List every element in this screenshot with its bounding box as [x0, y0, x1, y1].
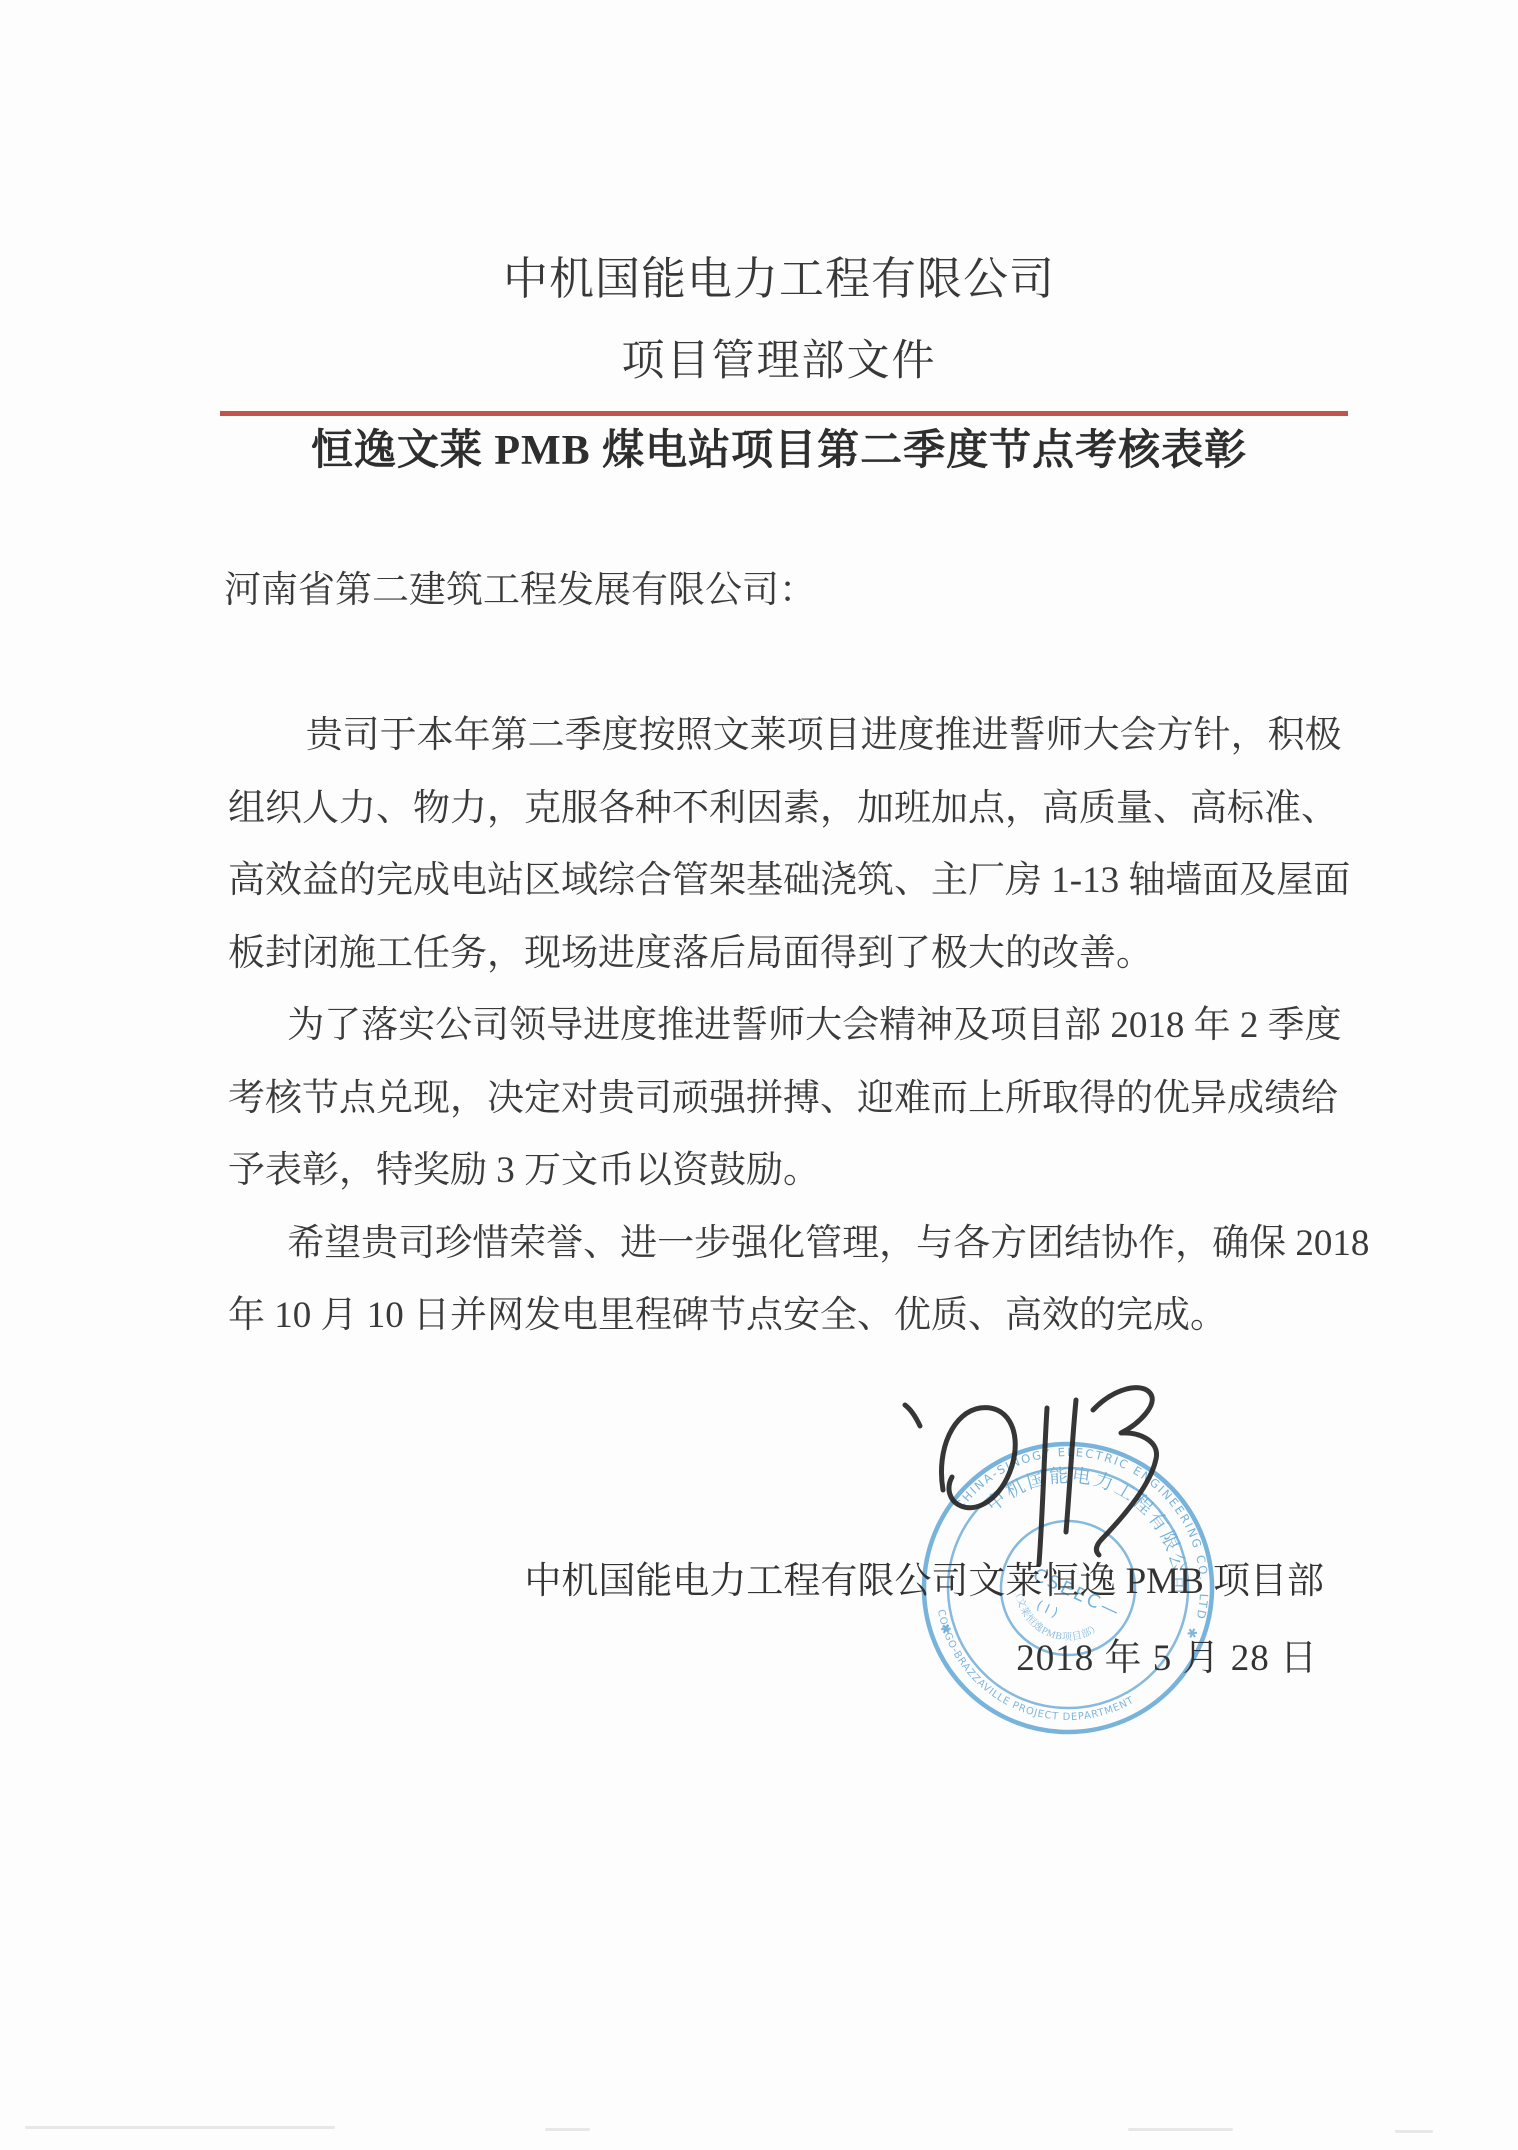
body-line: 高效益的完成电站区域综合管架基础浇筑、主厂房 1-13 轴墙面及屋面: [228, 845, 1322, 918]
handwritten-signature: [850, 1380, 1210, 1580]
red-divider-rule: [220, 411, 1348, 416]
body-line: 年 10 月 10 日并网发电里程碑节点安全、优质、高效的完成。: [228, 1280, 1322, 1353]
signature-stroke: [1066, 1400, 1076, 1532]
scan-artifact: [545, 2128, 590, 2131]
document-subtitle: 项目管理部文件: [20, 338, 1518, 386]
signature-stroke: [905, 1405, 920, 1426]
body-line: 组织人力、物力，克服各种不利因素，加班加点，高质量、高标准、: [228, 773, 1322, 846]
scan-artifact: [1395, 2130, 1433, 2133]
signature-stroke: [1093, 1388, 1157, 1555]
scan-artifact: [25, 2126, 335, 2129]
addressee-line: 河南省第二建筑工程发展有限公司：: [224, 569, 1324, 613]
document-heading: 恒逸文莱 PMB 煤电站项目第二季度节点考核表彰: [20, 427, 1518, 475]
body-line: 希望贵司珍惜荣誉、进一步强化管理，与各方团结协作，确保 2018: [228, 1208, 1322, 1281]
body-line: 板封闭施工任务，现场进度落后局面得到了极大的改善。: [228, 918, 1322, 991]
signature-date: 2018 年 5 月 28 日: [228, 1637, 1318, 1681]
scan-artifact: [1128, 2128, 1233, 2131]
document-title: 中机国能电力工程有限公司: [20, 253, 1518, 305]
body-line: 予表彰，特奖励 3 万文币以资鼓励。: [228, 1135, 1322, 1208]
signature-stroke: [1039, 1408, 1047, 1564]
body-line: 考核节点兑现，决定对贵司顽强拼搏、迎难而上所取得的优异成绩给: [228, 1063, 1322, 1136]
document-body: 贵司于本年第二季度按照文莱项目进度推进誓师大会方针，积极组织人力、物力，克服各种…: [228, 700, 1322, 1353]
body-line: 贵司于本年第二季度按照文莱项目进度推进誓师大会方针，积极: [228, 700, 1322, 773]
body-line: 为了落实公司领导进度推进誓师大会精神及项目部 2018 年 2 季度: [228, 990, 1322, 1063]
scanned-letter-page: 中机国能电力工程有限公司 项目管理部文件 恒逸文莱 PMB 煤电站项目第二季度节…: [0, 0, 1518, 2150]
signature-stroke: [941, 1408, 1015, 1508]
